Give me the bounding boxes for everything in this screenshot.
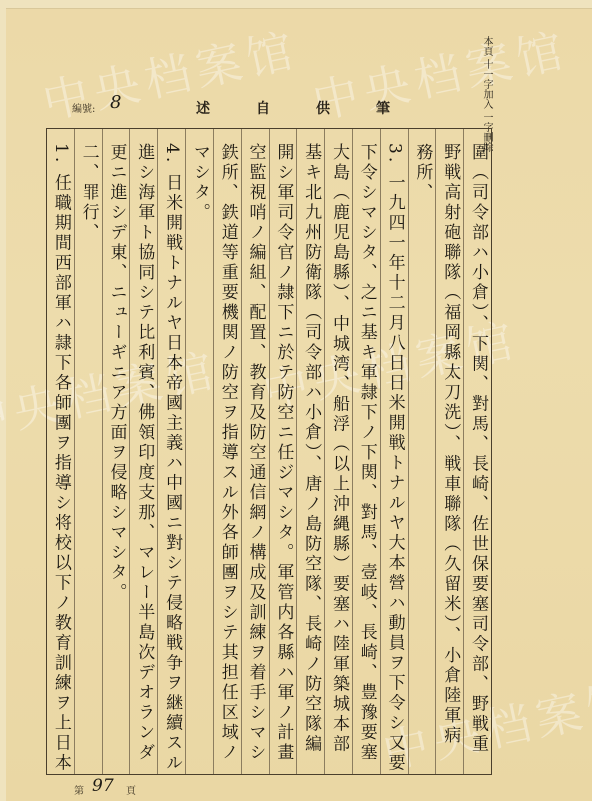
text-column: 進シ海軍ト協同シテ比利賓、佛領印度支那、マレー半島次デオランダ領東印度、ビルマニ… xyxy=(129,129,157,774)
text-column: 4. 日米開戦トナルヤ日本帝國主義ハ中國ニ對シテ侵略戦争ヲ継續スル外陸軍部隊ヲ遠… xyxy=(157,129,185,774)
text-column: 務所、 xyxy=(408,129,436,774)
text-column: 圍（司令部ハ小倉）、下関、對馬、長崎、佐世保要塞司令部、野戦重砲兵旅團（司令部小… xyxy=(463,129,491,774)
margin-note-line: 本頁 xyxy=(481,36,492,56)
page-label: 第 xyxy=(74,782,84,797)
writing-grid: 圍（司令部ハ小倉）、下関、對馬、長崎、佐世保要塞司令部、野戦重砲兵旅團（司令部小… xyxy=(46,128,492,775)
form-header: 編號: 8 述自供筆 xyxy=(0,92,592,116)
text-column: 野戦高射砲聯隊（福岡縣太刀洗）、戦車聯隊（久留米）、小倉陸軍病院、小倉陸軍刑 xyxy=(435,129,463,774)
file-number-label: 編號: xyxy=(72,100,95,115)
text-column: 二、罪行、 xyxy=(74,129,102,774)
text-column: 大島（鹿児島縣）、中城湾、船浮（以上沖縄縣）要塞ハ陸軍築城本部ニ於テ築城ニ着手シ… xyxy=(324,129,352,774)
page-number: 97 xyxy=(92,776,114,796)
text-column: 開シ軍司令官ノ隷下ニ於テ防空ニ任ジマシタ。軍管内各縣ハ軍ノ計畫ニ基キ人民服務ノ防 xyxy=(269,129,297,774)
text-column: 更ニ進シデ東、ニューギニア方面ヲ侵略シマシタ。 xyxy=(102,129,130,774)
text-column: 鉄所、鉄道等重要機関ノ防空ヲ指導スル外各師團ヲシテ其担任区域ノ防空指導ヲ行ハシ xyxy=(213,129,241,774)
text-column: 1. 任職期間西部軍ハ隷下各師團ヲ指導シ将校以下ノ教育訓練ヲ上日本帝國主義 xyxy=(47,129,74,774)
text-column: マシタ。 xyxy=(185,129,213,774)
page-footer: 第 97 頁 xyxy=(0,778,592,798)
form-title: 述自供筆 xyxy=(196,98,436,118)
text-column: 3. 一九四一年十二月八日日米開戦トナルヤ大本營ハ動員ヲ下令シ又要塞戦備、防空ヲ xyxy=(380,129,408,774)
text-column: 下令シマシタ、之ニ基キ軍隷下ノ下関、對馬、壹岐、長崎、豊豫要塞ハ戦備ニ移リ奄美 xyxy=(352,129,380,774)
file-number: 8 xyxy=(110,92,121,113)
page-suffix: 頁 xyxy=(126,782,136,797)
text-column: 空監視哨ノ編組、配置、教育及防空通信網ノ構成及訓練ヲ着手シマシタ。軍ハ自ラ八幡製 xyxy=(241,129,269,774)
text-column: 基キ北九州防衛隊（司令部ハ小倉）、唐ノ島防空隊、長崎ノ防空隊編成シ各防空地域ニ展 xyxy=(296,129,324,774)
